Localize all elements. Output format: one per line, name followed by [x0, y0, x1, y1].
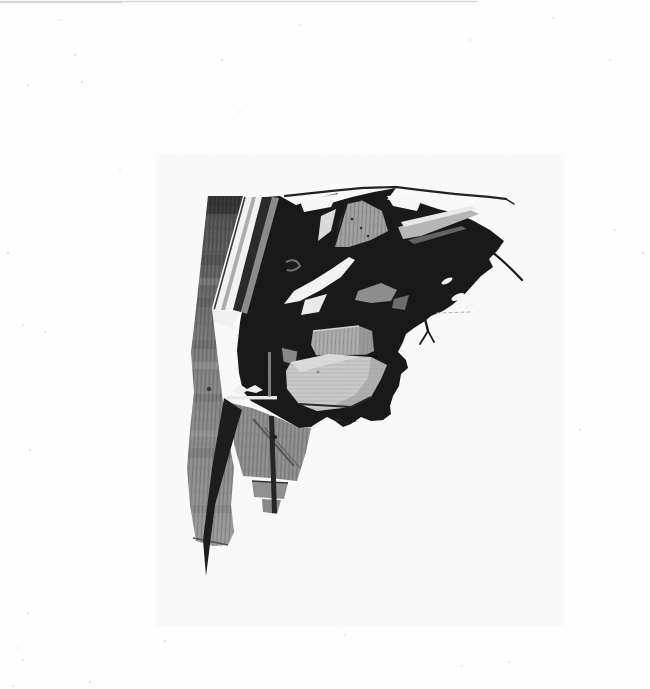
- artwork-canvas: [0, 0, 650, 689]
- paper-grain-overlay: [175, 175, 545, 605]
- page: [0, 0, 650, 689]
